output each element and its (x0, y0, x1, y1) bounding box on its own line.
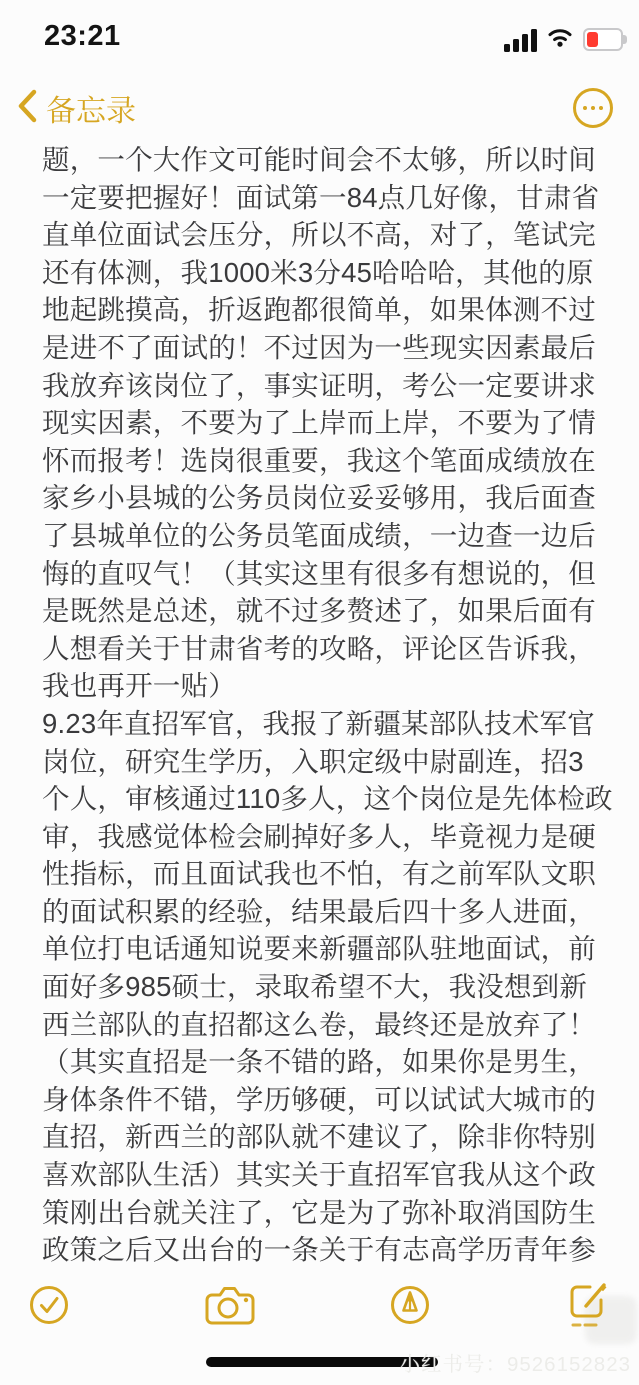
markup-button[interactable] (387, 1282, 433, 1328)
note-line: 岗位，研究生学历，入职定级中尉副连，招3 (42, 743, 599, 781)
note-line: 我放弃该岗位了，事实证明，考公一定要讲求 (42, 367, 599, 405)
note-line: 现实因素，不要为了上岸而上岸，不要为了情 (42, 404, 599, 442)
compose-button[interactable] (565, 1279, 611, 1331)
note-line: 一定要把握好！面试第一84点几好像，甘肃省 (42, 179, 599, 217)
battery-icon (583, 28, 627, 51)
note-line: （其实直招是一条不错的路，如果你是男生， (42, 1043, 599, 1081)
note-line: 西兰部队的直招都这么卷，最终还是放弃了！ (42, 1006, 599, 1044)
back-button[interactable]: 备忘录 (16, 86, 136, 130)
status-bar: 23:21 (0, 0, 639, 62)
note-line: 了县城单位的公务员笔面成绩，一边查一边后 (42, 517, 599, 555)
note-line: 我也再开一贴） (42, 667, 599, 705)
note-line: 性指标，而且面试我也不怕，有之前军队文职 (42, 855, 599, 893)
note-line: 审，我感觉体检会刷掉好多人，毕竟视力是硬 (42, 818, 599, 856)
note-line: 策刚出台就关注了，它是为了弥补取消国防生 (42, 1194, 599, 1232)
note-line: 9.23年直招军官，我报了新疆某部队技术军官 (42, 705, 599, 743)
watermark-text: 小红书号：9526152823 (399, 1347, 631, 1377)
compose-icon (565, 1319, 611, 1334)
note-line: 直单位面试会压分，所以不高，对了，笔试完 (42, 216, 599, 254)
note-line: 还有体测，我1000米3分45哈哈哈，其他的原 (42, 254, 599, 292)
note-line: 是既然是总述，就不过多赘述了，如果后面有 (42, 592, 599, 630)
note-line: 直招，新西兰的部队就不建议了，除非你特别 (42, 1118, 599, 1156)
note-body[interactable]: 题，一个大作文可能时间会不太够，所以时间 一定要把握好！面试第一84点几好像，甘… (42, 141, 599, 1269)
back-label: 备忘录 (46, 86, 136, 130)
note-line: 怀而报考！选岗很重要，我这个笔面成绩放在 (42, 442, 599, 480)
note-line: 是进不了面试的！不过因为一些现实因素最后 (42, 329, 599, 367)
checklist-icon (26, 1316, 72, 1331)
camera-button[interactable] (204, 1283, 256, 1327)
cellular-signal-icon (504, 28, 537, 52)
note-line: 地起跳摸高，折返跑都很简单，如果体测不过 (42, 291, 599, 329)
note-line: 人想看关于甘肃省考的攻略，评论区告诉我， (42, 630, 599, 668)
note-line: 题，一个大作文可能时间会不太够，所以时间 (42, 141, 599, 179)
ellipsis-icon (583, 106, 604, 111)
note-line: 单位打电话通知说要来新疆部队驻地面试，前 (42, 930, 599, 968)
note-line: 悔的直叹气！（其实这里有很多有想说的，但 (42, 555, 599, 593)
bottom-toolbar (0, 1274, 639, 1336)
note-line: 喜欢部队生活）其实关于直招军官我从这个政 (42, 1156, 599, 1194)
more-options-button[interactable] (573, 88, 613, 128)
nav-bar: 备忘录 (0, 82, 639, 136)
note-line: 个人，审核通过110多人，这个岗位是先体检政 (42, 780, 599, 818)
note-line: 的面试积累的经验，结果最后四十多人进面， (42, 893, 599, 931)
note-line: 身体条件不错，学历够硬，可以试试大城市的 (42, 1081, 599, 1119)
clock: 23:21 (44, 20, 121, 53)
camera-icon (204, 1315, 256, 1330)
wifi-icon (546, 26, 574, 53)
chevron-left-icon (16, 88, 38, 129)
note-line: 面好多985硕士，录取希望不大，我没想到新 (42, 968, 599, 1006)
checklist-button[interactable] (26, 1282, 72, 1328)
markup-icon (387, 1316, 433, 1331)
note-line: 家乡小县城的公务员岗位妥妥够用，我后面查 (42, 479, 599, 517)
note-line: 政策之后又出台的一条关于有志高学历青年参 (42, 1231, 599, 1269)
